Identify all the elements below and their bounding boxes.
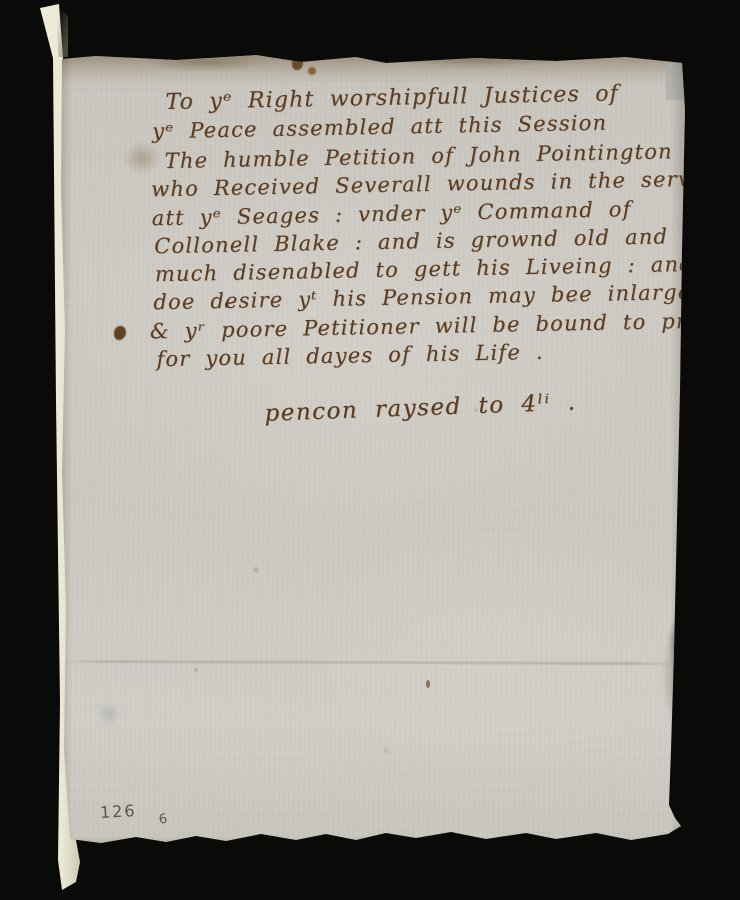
manuscript-line: for you all dayes of his Life . — [156, 340, 544, 371]
manuscript-line: doe desire yᵗ his Pension may bee inlarg… — [153, 280, 706, 315]
manuscript-page: To yᵉ Right worshipfull Justices of yᵉ P… — [56, 50, 688, 850]
handwritten-text-block: To yᵉ Right worshipfull Justices of yᵉ P… — [53, 44, 700, 856]
manuscript-line: To yᵉ Right worshipfull Justices of — [165, 81, 619, 115]
folio-number-pencil: 126 — [100, 801, 137, 822]
manuscript-line: att yᵉ Seages : vnder yᵉ Command of — [152, 197, 632, 230]
manuscript-photograph: To yᵉ Right worshipfull Justices of yᵉ P… — [0, 0, 740, 900]
clerk-annotation: pencon raysed to 4ˡⁱ . — [264, 389, 577, 426]
manuscript-line: & yʳ poore Petitioner will be bound to p… — [150, 309, 714, 344]
manuscript-line: yᵉ Peace assembled att this Session — [152, 111, 608, 144]
